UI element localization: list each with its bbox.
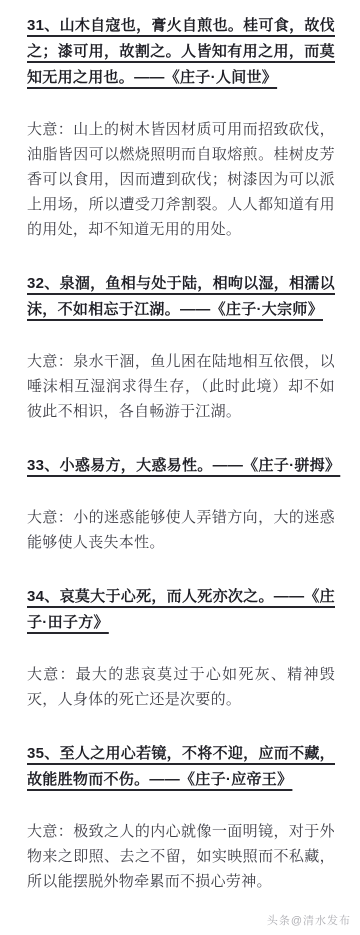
quote-text-31: 31、山木自寇也，膏火自煎也。桂可食，故伐之；漆可用，故割之。人皆知有用之用，而… [27,13,335,91]
meaning-text-33: 大意：小的迷惑能够使人弄错方向，大的迷惑能够使人丧失本性。 [27,505,335,555]
quote-section-31: 31、山木自寇也，膏火自煎也。桂可食，故伐之；漆可用，故割之。人皆知有用之用，而… [27,13,335,242]
article-page: 31、山木自寇也，膏火自煎也。桂可食，故伐之；漆可用，故割之。人皆知有用之用，而… [0,0,360,935]
quote-text-33: 33、小惑易方，大惑易性。——《庄子·骈拇》 [27,453,335,479]
meaning-text-31: 大意：山上的树木皆因材质可用而招致砍伐，油脂皆因可以燃烧照明而自取熔煎。桂树皮芳… [27,117,335,242]
quote-section-34: 34、哀莫大于心死，而人死亦次之。——《庄子·田子方》 大意：最大的悲哀莫过于心… [27,584,335,712]
quote-section-35: 35、至人之用心若镜，不将不迎，应而不藏，故能胜物而不伤。——《庄子·应帝王》 … [27,741,335,894]
quote-text-34: 34、哀莫大于心死，而人死亦次之。——《庄子·田子方》 [27,584,335,636]
quote-section-33: 33、小惑易方，大惑易性。——《庄子·骈拇》 大意：小的迷惑能够使人弄错方向，大… [27,453,335,555]
meaning-text-32: 大意：泉水干涸，鱼儿困在陆地相互依偎，以唾沫相互湿润求得生存，（此时此境）却不如… [27,349,335,424]
meaning-text-34: 大意：最大的悲哀莫过于心如死灰、精神毁灭，人身体的死亡还是次要的。 [27,662,335,712]
quote-section-32: 32、泉涸，鱼相与处于陆，相呴以湿，相濡以沫，不如相忘于江湖。——《庄子·大宗师… [27,271,335,424]
watermark-text: 头条@清水发布 [267,912,351,928]
meaning-text-35: 大意：极致之人的内心就像一面明镜，对于外物来之即照、去之不留，如实映照而不私藏，… [27,819,335,894]
quote-text-32: 32、泉涸，鱼相与处于陆，相呴以湿，相濡以沫，不如相忘于江湖。——《庄子·大宗师… [27,271,335,323]
quote-text-35: 35、至人之用心若镜，不将不迎，应而不藏，故能胜物而不伤。——《庄子·应帝王》 [27,741,335,793]
